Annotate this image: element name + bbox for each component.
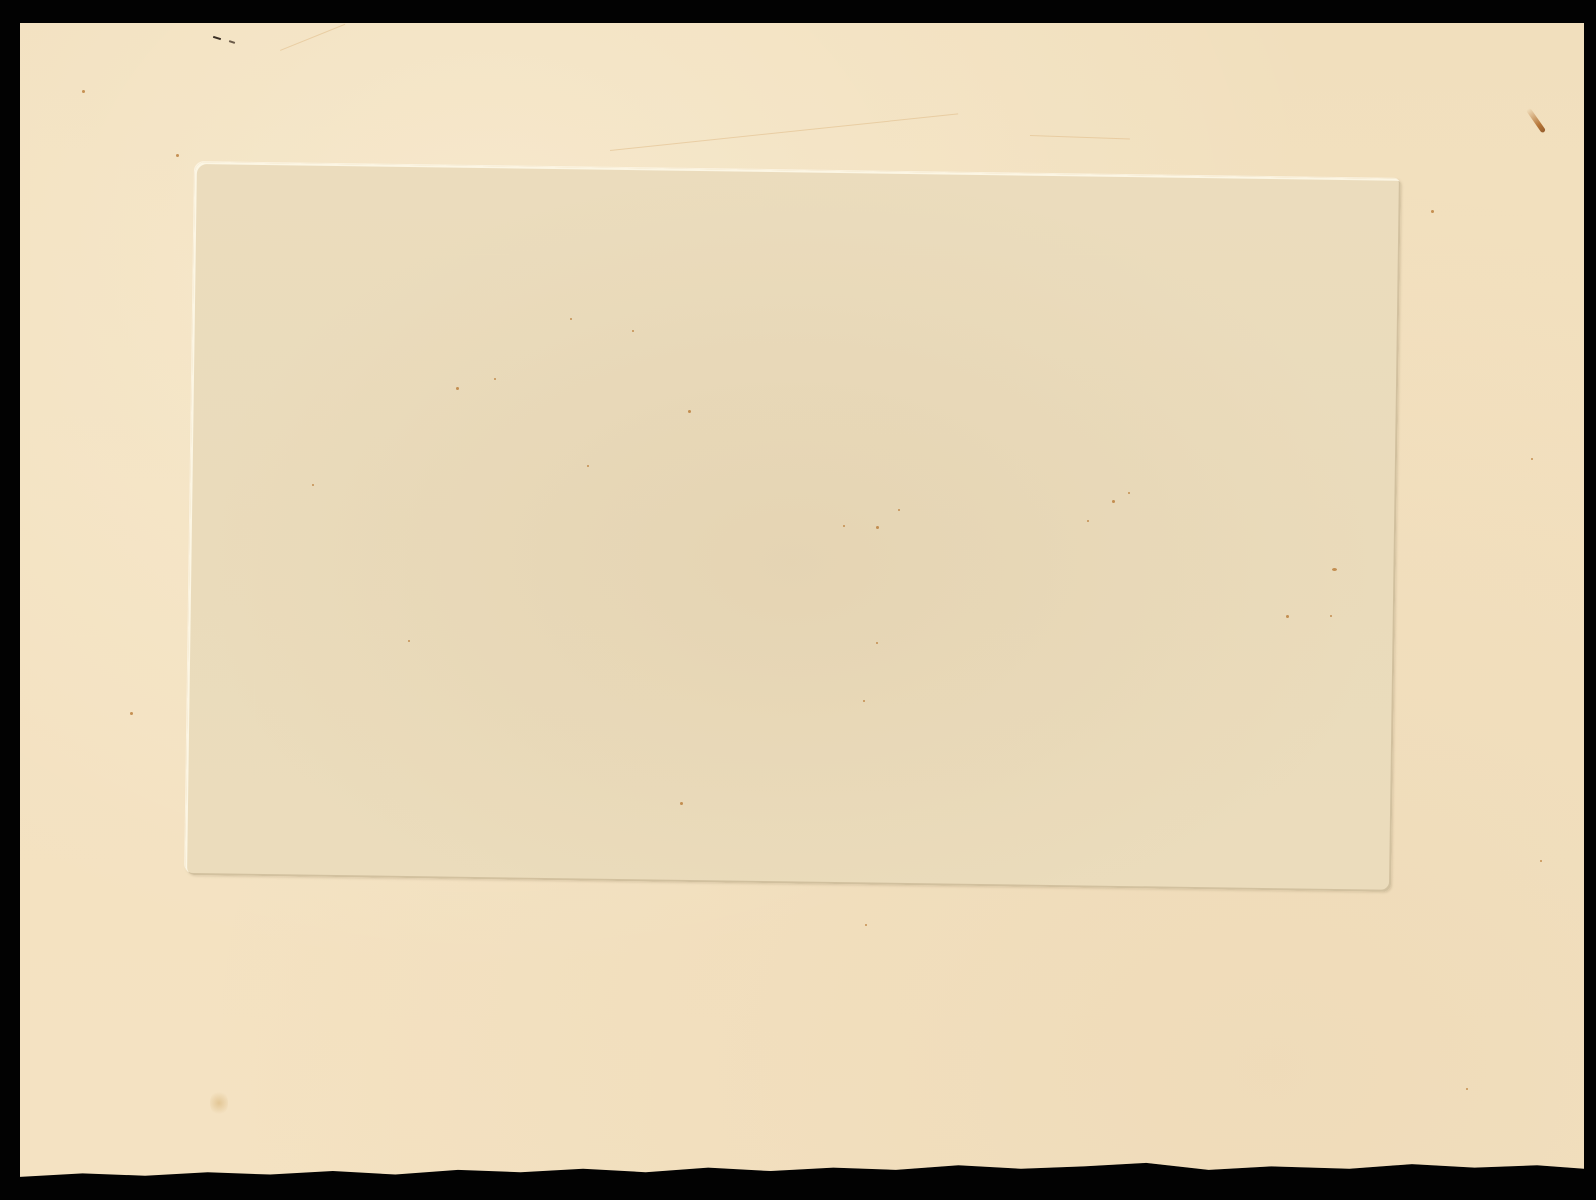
- foxing-spot: [1087, 520, 1089, 522]
- foxing-spot: [1332, 568, 1337, 571]
- foxing-spot: [408, 640, 410, 642]
- foxing-spot: [1531, 458, 1533, 460]
- foxing-spot: [1431, 210, 1434, 213]
- embossed-plate-mark: [185, 162, 1401, 892]
- foxing-spot: [1286, 615, 1289, 618]
- foxing-spot: [456, 387, 459, 390]
- foxing-spot: [82, 90, 85, 93]
- foxing-spot: [632, 330, 634, 332]
- foxing-spot: [843, 525, 845, 527]
- foxing-spot: [1330, 615, 1332, 617]
- foxing-spot: [680, 802, 683, 805]
- foxing-spot: [312, 484, 314, 486]
- foxing-spot: [688, 410, 691, 413]
- foxing-spot: [1540, 860, 1542, 862]
- foxing-spot: [130, 712, 133, 715]
- foxing-spot: [876, 526, 879, 529]
- foxing-spot: [176, 154, 179, 157]
- foxing-spot: [898, 509, 900, 511]
- foxing-spot: [1466, 1088, 1468, 1090]
- foxing-spot: [587, 465, 589, 467]
- foxing-spot: [570, 318, 572, 320]
- paper-blot: [210, 1090, 228, 1116]
- foxing-spot: [1112, 500, 1115, 503]
- foxing-spot: [1128, 492, 1130, 494]
- foxing-spot: [865, 924, 867, 926]
- foxing-spot: [876, 642, 878, 644]
- foxing-spot: [494, 378, 496, 380]
- foxing-spot: [863, 700, 865, 702]
